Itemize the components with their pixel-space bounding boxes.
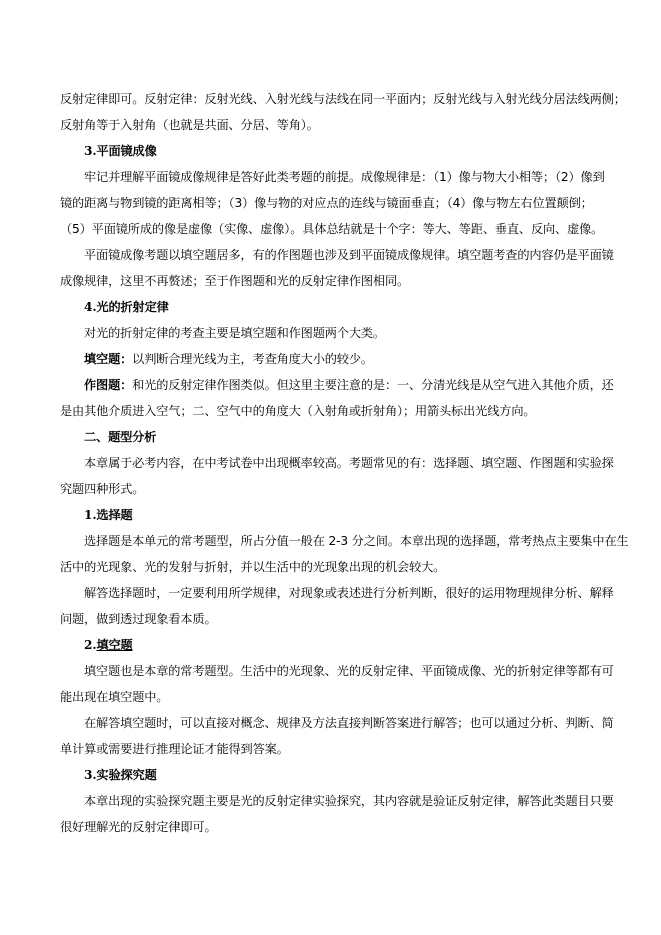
section-heading-analysis: 二、题型分析 <box>60 424 605 450</box>
paragraph-line: 反射定律即可。反射定律：反射光线、入射光线与法线在同一平面内；反射光线与入射光线… <box>60 86 605 112</box>
paragraph-line: 本章属于必考内容，在中考试卷中出现概率较高。考题常见的有：选择题、填空题、作图题… <box>60 450 605 476</box>
paragraph-line-fill-blank: 填空题：以判断合理光线为主，考查角度大小的较少。 <box>60 346 605 372</box>
section-heading-fill-blank: 2.填空题 <box>60 632 605 658</box>
paragraph-line: 解答选择题时，一定要利用所学规律，对现象或表述进行分析判断，很好的运用物理规律分… <box>60 580 605 606</box>
paragraph-line: 是由其他介质进入空气；二、空气中的角度大（入射角或折射角）；用箭头标出光线方向。 <box>60 398 605 424</box>
paragraph-line: 本章出现的实验探究题主要是光的反射定律实验探究，其内容就是验证反射定律，解答此类… <box>60 788 605 814</box>
paragraph-line: 问题，做到透过现象看本质。 <box>60 606 605 632</box>
section-heading-refraction: 4.光的折射定律 <box>60 294 605 320</box>
paragraph-line: （5）平面镜所成的像是虚像（实像、虚像）。具体总结就是十个字：等大、等距、垂直、… <box>60 216 605 242</box>
paragraph-line: 在解答填空题时，可以直接对概念、规律及方法直接判断答案进行解答；也可以通过分析、… <box>60 710 605 736</box>
paragraph-line: 能出现在填空题中。 <box>60 684 605 710</box>
paragraph-line: 镜的距离与物到镜的距离相等；（3）像与物的对应点的连线与镜面垂直；（4）像与物左… <box>60 190 605 216</box>
section-heading-experiment: 3.实验探究题 <box>60 762 605 788</box>
drawing-label: 作图题： <box>84 378 132 392</box>
fill-blank-label: 填空题： <box>84 352 132 366</box>
paragraph-line: 对光的折射定律的考查主要是填空题和作图题两个大类。 <box>60 320 605 346</box>
paragraph-line-drawing: 作图题：和光的反射定律作图类似。但这里主要注意的是：一、分清光线是从空气进入其他… <box>60 372 605 398</box>
heading-number: 2. <box>84 638 96 652</box>
section-heading-choice: 1.选择题 <box>60 502 605 528</box>
fill-blank-text: 以判断合理光线为主，考查角度大小的较少。 <box>132 352 373 366</box>
paragraph-line: 活中的光现象、光的发射与折射，并以生活中的光现象出现的机会较大。 <box>60 554 605 580</box>
paragraph-line: 究题四种形式。 <box>60 476 605 502</box>
document-page: 反射定律即可。反射定律：反射光线、入射光线与法线在同一平面内；反射光线与入射光线… <box>60 86 605 840</box>
paragraph-line: 填空题也是本章的常考题型。生活中的光现象、光的反射定律、平面镜成像、光的折射定律… <box>60 658 605 684</box>
drawing-text: 和光的反射定律作图类似。但这里主要注意的是：一、分清光线是从空气进入其他介质，还 <box>132 378 614 392</box>
section-heading-plane-mirror: 3.平面镜成像 <box>60 138 605 164</box>
paragraph-line: 反射角等于入射角（也就是共面、分居、等角）。 <box>60 112 605 138</box>
paragraph-line: 选择题是本单元的常考题型，所占分值一般在 2-3 分之间。本章出现的选择题，常考… <box>60 528 605 554</box>
paragraph-line: 成像规律，这里不再赘述；至于作图题和光的反射定律作图相同。 <box>60 268 605 294</box>
paragraph-line: 单计算或需要进行推理论证才能得到答案。 <box>60 736 605 762</box>
paragraph-line: 很好理解光的反射定律即可。 <box>60 814 605 840</box>
paragraph-line: 平面镜成像考题以填空题居多，有的作图题也涉及到平面镜成像规律。填空题考查的内容仍… <box>60 242 605 268</box>
paragraph-line: 牢记并理解平面镜成像规律是答好此类考题的前提。成像规律是：（1）像与物大小相等；… <box>60 164 605 190</box>
heading-underlined-text: 填空题 <box>96 638 132 652</box>
